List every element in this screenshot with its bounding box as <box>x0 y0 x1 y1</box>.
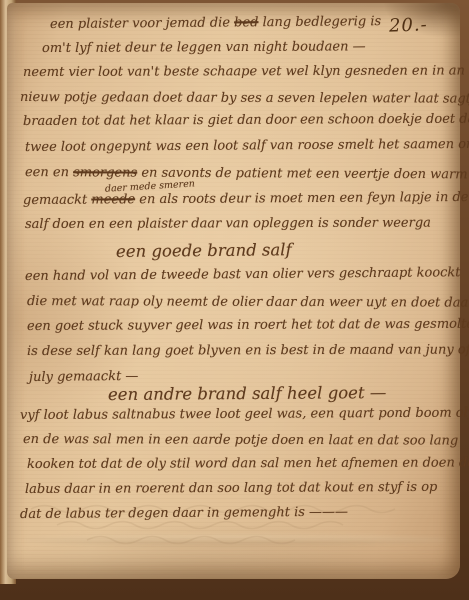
manuscript-line: gemaackt meededaer mede smeren en als ro… <box>23 190 469 208</box>
handwritten-text: een goet stuck suyver geel was in roert … <box>27 317 469 334</box>
manuscript-line: een goet stuck suyver geel was in roert … <box>27 317 469 334</box>
struck-out-word: smorgens <box>73 165 137 180</box>
handwritten-text: gemaackt <box>23 193 91 208</box>
handwritten-text: en de was sal men in een aarde potje doe… <box>23 432 458 449</box>
manuscript-line: die met wat raap oly neemt de olier daar… <box>27 294 469 311</box>
manuscript-line: braaden tot dat het klaar is giet dan do… <box>23 111 469 129</box>
manuscript-line: neemt vier loot van't beste schaape vet … <box>23 63 465 80</box>
handwritten-text: salf doen en een plaister daar van opleg… <box>25 216 431 232</box>
manuscript-line: labus daar in en roerent dan soo lang to… <box>25 480 437 497</box>
handwritten-text: neemt vier loot van't beste schaape vet … <box>23 63 465 80</box>
manuscript-photo: 20.- een plaister voor jemad die bed lan… <box>0 0 469 600</box>
handwritten-text: nieuw potje gedaan doet daar by ses a se… <box>20 90 469 107</box>
handwritten-text: en als roots deur is moet men een feyn l… <box>135 190 468 207</box>
manuscript-line: om't lyf niet deur te leggen van night b… <box>42 39 366 56</box>
manuscript-line: dat de labus ter degen daar in gemenght … <box>20 505 348 522</box>
handwritten-text: braaden tot dat het klaar is giet dan do… <box>23 111 469 129</box>
handwritten-text: een andre brand salf heel goet — <box>108 383 386 404</box>
handwritten-text: dat de labus ter degen daar in gemenght … <box>20 505 348 522</box>
manuscript-line: vyf loot labus saltnabus twee loot geel … <box>20 405 469 423</box>
handwritten-text: een plaister voor jemad die <box>50 15 234 32</box>
manuscript-line: en de was sal men in een aarde potje doe… <box>23 432 458 449</box>
manuscript-line: een andre brand salf heel goet — <box>108 383 386 404</box>
handwritten-text: lang bedlegerig is <box>258 14 381 30</box>
handwritten-text: een en <box>25 165 73 180</box>
manuscript-line: is dese self kan lang goet blyven en is … <box>27 342 469 359</box>
manuscript-line: een plaister voor jemad die bed lang bed… <box>50 14 381 32</box>
handwritten-text: twee loot ongepynt was een loot salf van… <box>25 137 469 155</box>
manuscript-line: nieuw potje gedaan doet daar by ses a se… <box>20 90 469 107</box>
handwritten-text: july gemaackt — <box>29 369 139 385</box>
manuscript-lines: een plaister voor jemad die bed lang bed… <box>20 3 454 579</box>
struck-out-word: meede <box>91 192 135 207</box>
manuscript-line: kooken tot dat de oly stil word dan sal … <box>27 455 469 472</box>
handwritten-text: vyf loot labus saltnabus twee loot geel … <box>20 405 469 423</box>
handwritten-text: kooken tot dat de oly stil word dan sal … <box>27 455 469 472</box>
handwritten-text: een goede brand salf <box>116 240 292 261</box>
handwritten-text: is dese self kan lang goet blyven en is … <box>27 342 469 359</box>
manuscript-page: 20.- een plaister voor jemad die bed lan… <box>7 3 460 579</box>
handwritten-text: labus daar in en roerent dan soo lang to… <box>25 480 437 497</box>
struck-out-word: bed <box>234 15 258 30</box>
manuscript-line: july gemaackt — <box>29 369 139 385</box>
handwritten-text: om't lyf niet deur te leggen van night b… <box>42 39 366 56</box>
manuscript-line: een goede brand salf <box>116 240 292 261</box>
manuscript-line: een en smorgens en savonts de patient me… <box>25 165 468 182</box>
manuscript-line: salf doen en een plaister daar van opleg… <box>25 216 431 232</box>
manuscript-line: een hand vol van de tweede bast van olie… <box>25 265 461 284</box>
handwritten-text: die met wat raap oly neemt de olier daar… <box>27 294 469 311</box>
handwritten-text: een hand vol van de tweede bast van olie… <box>25 265 461 284</box>
manuscript-line: twee loot ongepynt was een loot salf van… <box>25 137 469 155</box>
